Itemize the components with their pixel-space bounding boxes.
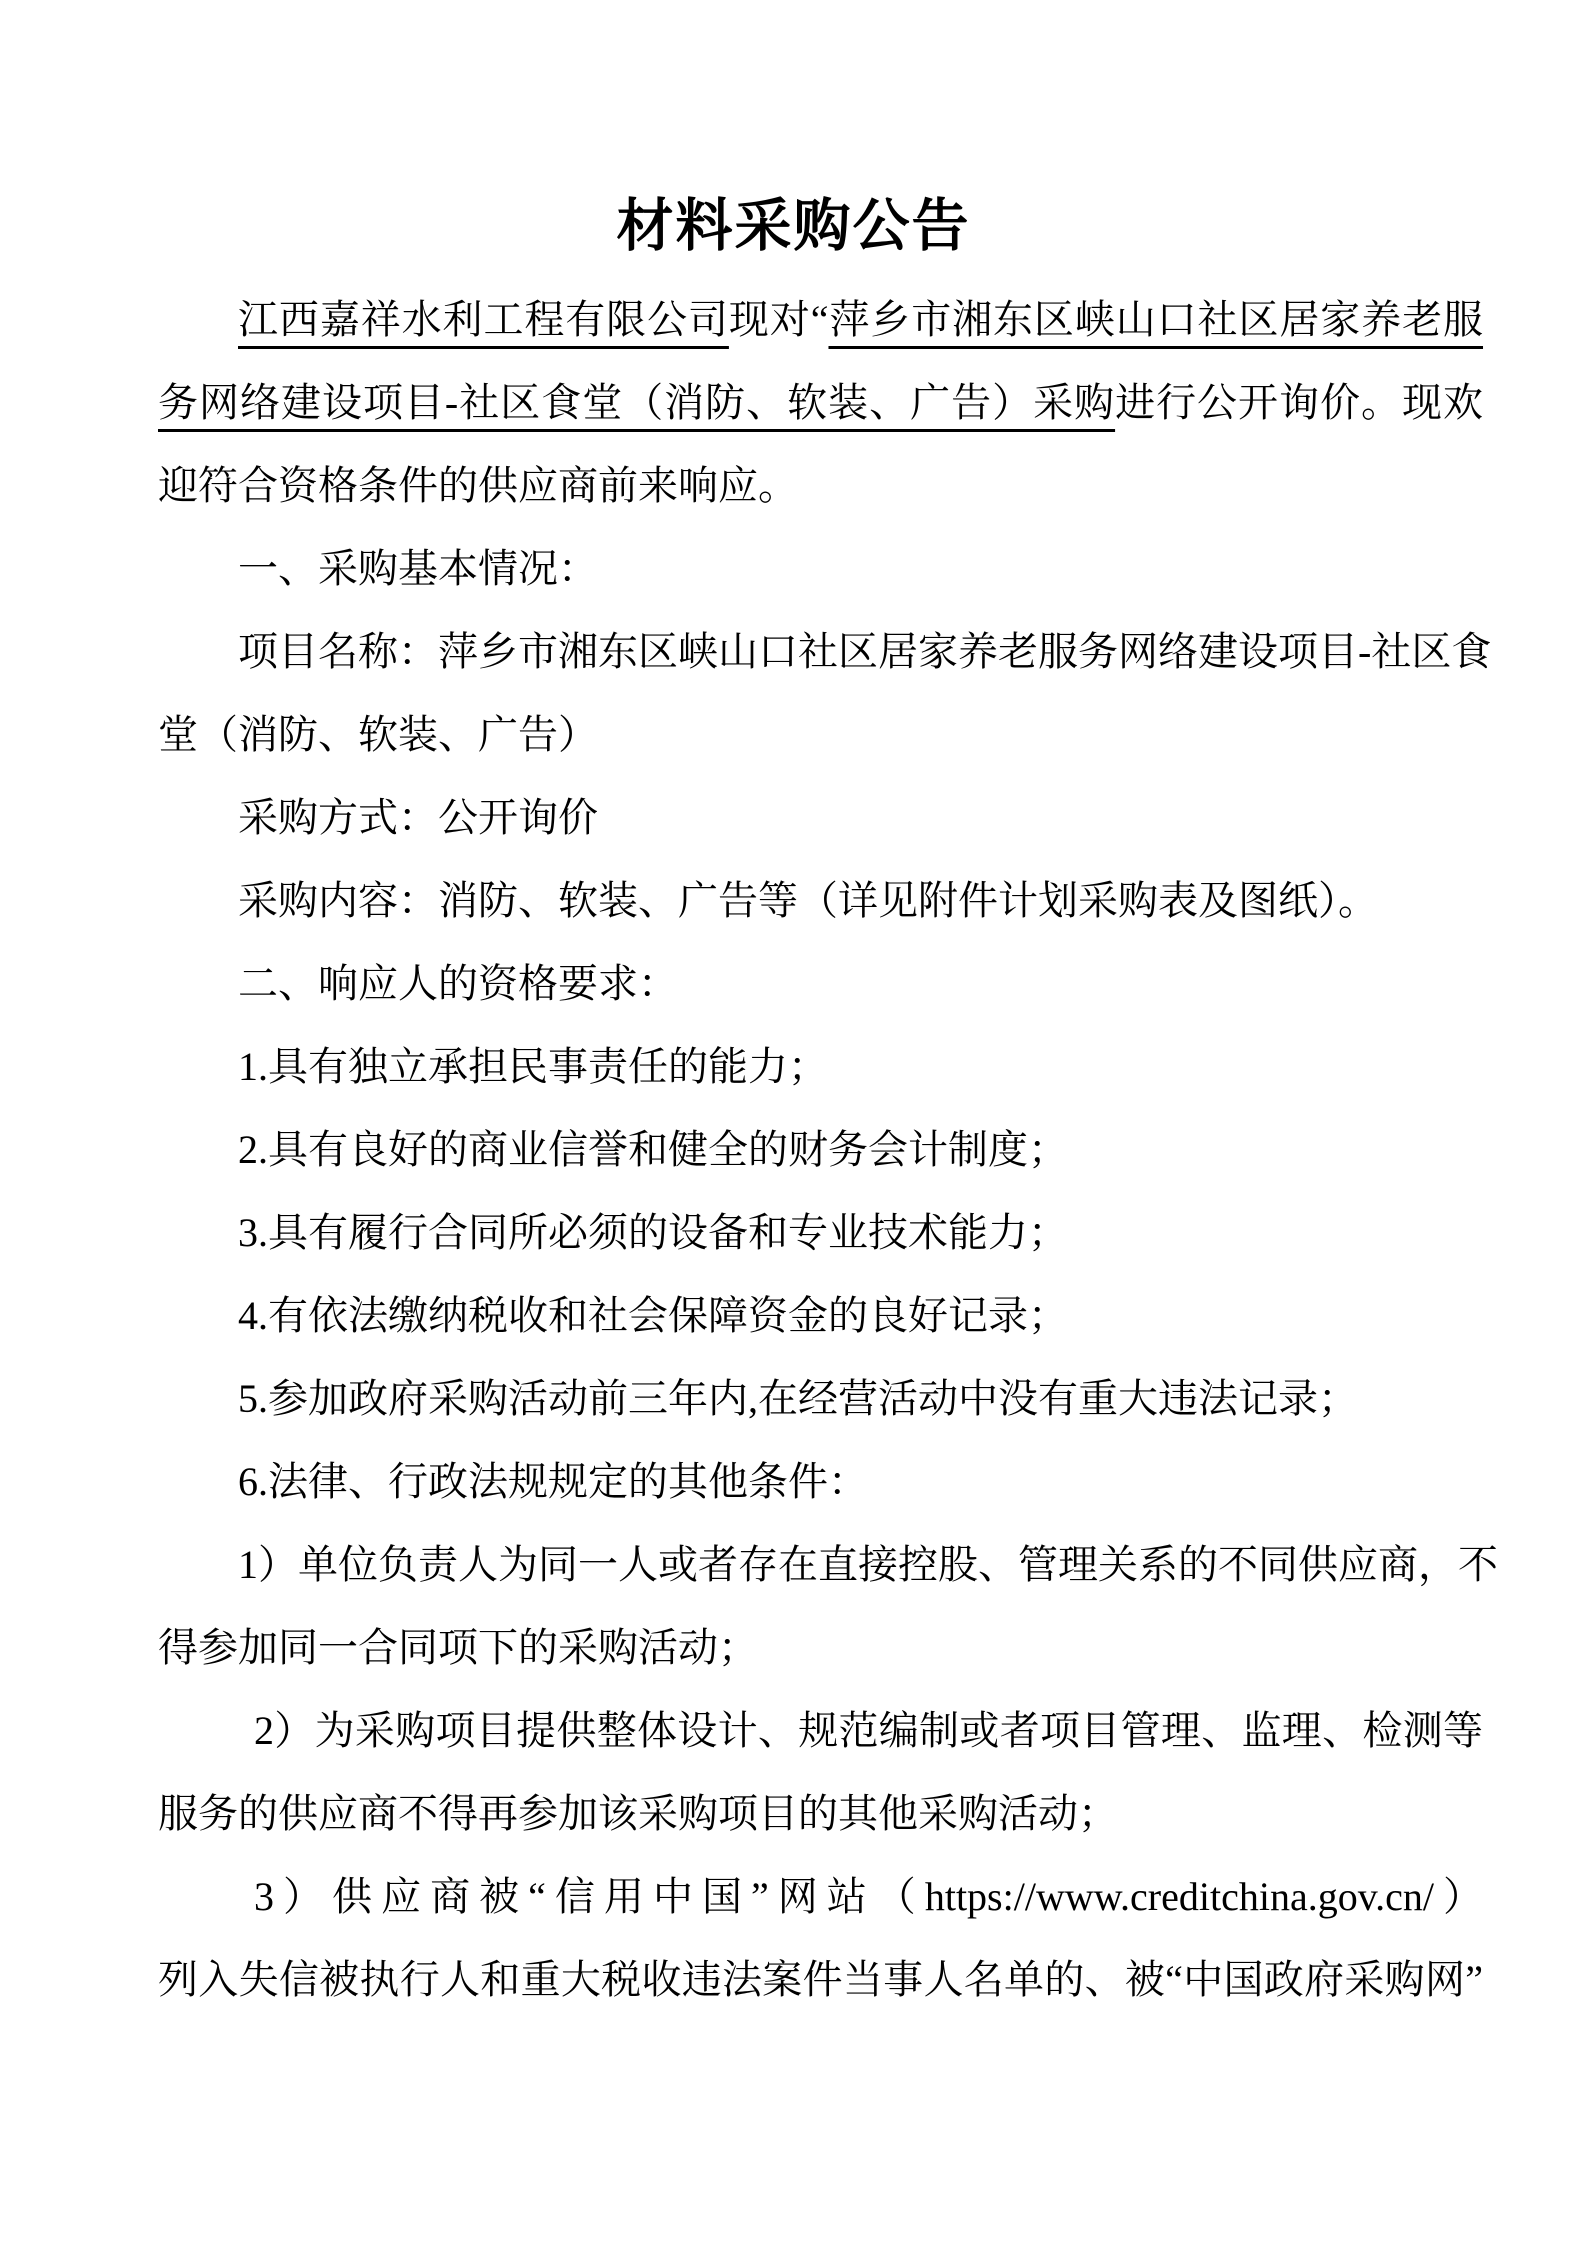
text-line: 列入失信被执行人和重大税收违法案件当事人名单的、被“中国政府采购网” — [158, 1938, 1483, 2021]
text-run: 堂（消防、软装、广告） — [158, 712, 598, 757]
text-line: 采购内容：消防、软装、广告等（详见附件计划采购表及图纸）。 — [158, 859, 1483, 942]
text-line: 务网络建设项目-社区食堂（消防、软装、广告）采购进行公开询价。现欢 — [158, 361, 1483, 444]
text-run: 1.具有独立承担民事责任的能力； — [238, 1044, 828, 1089]
text-run: 6.法律、行政法规规定的其他条件： — [238, 1459, 868, 1504]
text-run: 1）单位负责人为同一人或者存在直接控股、管理关系的不同供应商，不 — [238, 1542, 1498, 1587]
text-run: 一、采购基本情况： — [238, 546, 598, 591]
text-line: 3）供应商被“信用中国”网站（https://www.creditchina.g… — [158, 1855, 1483, 1938]
text-run: 服务的供应商不得再参加该采购项目的其他采购活动； — [158, 1791, 1118, 1836]
document-page: 材料采购公告 江西嘉祥水利工程有限公司现对“萍乡市湘东区峡山口社区居家养老服务网… — [0, 0, 1587, 2245]
text-run: 3）供应商被“信用中国”网站（https://www.creditchina.g… — [254, 1874, 1483, 1919]
text-line: 2）为采购项目提供整体设计、规范编制或者项目管理、监理、检测等 — [158, 1689, 1483, 1772]
text-line: 迎符合资格条件的供应商前来响应。 — [158, 444, 1483, 527]
text-run: 2.具有良好的商业信誉和健全的财务会计制度； — [238, 1127, 1068, 1172]
text-line: 6.法律、行政法规规定的其他条件： — [158, 1440, 1483, 1523]
text-run: 2）为采购项目提供整体设计、规范编制或者项目管理、监理、检测等 — [254, 1708, 1483, 1753]
text-line: 江西嘉祥水利工程有限公司现对“萍乡市湘东区峡山口社区居家养老服 — [158, 278, 1483, 361]
text-line: 项目名称：萍乡市湘东区峡山口社区居家养老服务网络建设项目-社区食 — [158, 610, 1483, 693]
text-run: 项目名称：萍乡市湘东区峡山口社区居家养老服务网络建设项目-社区食 — [238, 629, 1491, 674]
document-body: 江西嘉祥水利工程有限公司现对“萍乡市湘东区峡山口社区居家养老服务网络建设项目-社… — [158, 278, 1483, 2021]
text-line: 一、采购基本情况： — [158, 527, 1483, 610]
text-run: 4.有依法缴纳税收和社会保障资金的良好记录； — [238, 1293, 1068, 1338]
text-line: 二、响应人的资格要求： — [158, 942, 1483, 1025]
text-line: 堂（消防、软装、广告） — [158, 693, 1483, 776]
underlined-text-run: 萍乡市湘东区峡山口社区居家养老服 — [828, 297, 1483, 342]
text-run: 采购方式：公开询价 — [238, 795, 598, 840]
text-run: 进行公开询价。现欢 — [1115, 380, 1483, 425]
text-line: 2.具有良好的商业信誉和健全的财务会计制度； — [158, 1108, 1483, 1191]
text-line: 5.参加政府采购活动前三年内,在经营活动中没有重大违法记录； — [158, 1357, 1483, 1440]
text-line: 1）单位负责人为同一人或者存在直接控股、管理关系的不同供应商，不 — [158, 1523, 1483, 1606]
text-run: 二、响应人的资格要求： — [238, 961, 678, 1006]
text-line: 得参加同一合同项下的采购活动； — [158, 1606, 1483, 1689]
text-run: 迎符合资格条件的供应商前来响应。 — [158, 463, 798, 508]
text-line: 3.具有履行合同所必须的设备和专业技术能力； — [158, 1191, 1483, 1274]
underlined-text-run: 江西嘉祥水利工程有限公司 — [238, 297, 729, 342]
document-title: 材料采购公告 — [0, 190, 1587, 262]
text-run: 3.具有履行合同所必须的设备和专业技术能力； — [238, 1210, 1068, 1255]
text-line: 1.具有独立承担民事责任的能力； — [158, 1025, 1483, 1108]
text-run: 列入失信被执行人和重大税收违法案件当事人名单的、被“中国政府采购网” — [158, 1957, 1483, 2002]
text-run: 5.参加政府采购活动前三年内,在经营活动中没有重大违法记录； — [238, 1376, 1358, 1421]
text-line: 服务的供应商不得再参加该采购项目的其他采购活动； — [158, 1772, 1483, 1855]
text-line: 采购方式：公开询价 — [158, 776, 1483, 859]
text-run: 得参加同一合同项下的采购活动； — [158, 1625, 758, 1670]
text-run: 采购内容：消防、软装、广告等（详见附件计划采购表及图纸）。 — [238, 878, 1378, 923]
underlined-text-run: 务网络建设项目-社区食堂（消防、软装、广告）采购 — [158, 380, 1115, 425]
text-line: 4.有依法缴纳税收和社会保障资金的良好记录； — [158, 1274, 1483, 1357]
text-run: 现对“ — [729, 297, 829, 342]
